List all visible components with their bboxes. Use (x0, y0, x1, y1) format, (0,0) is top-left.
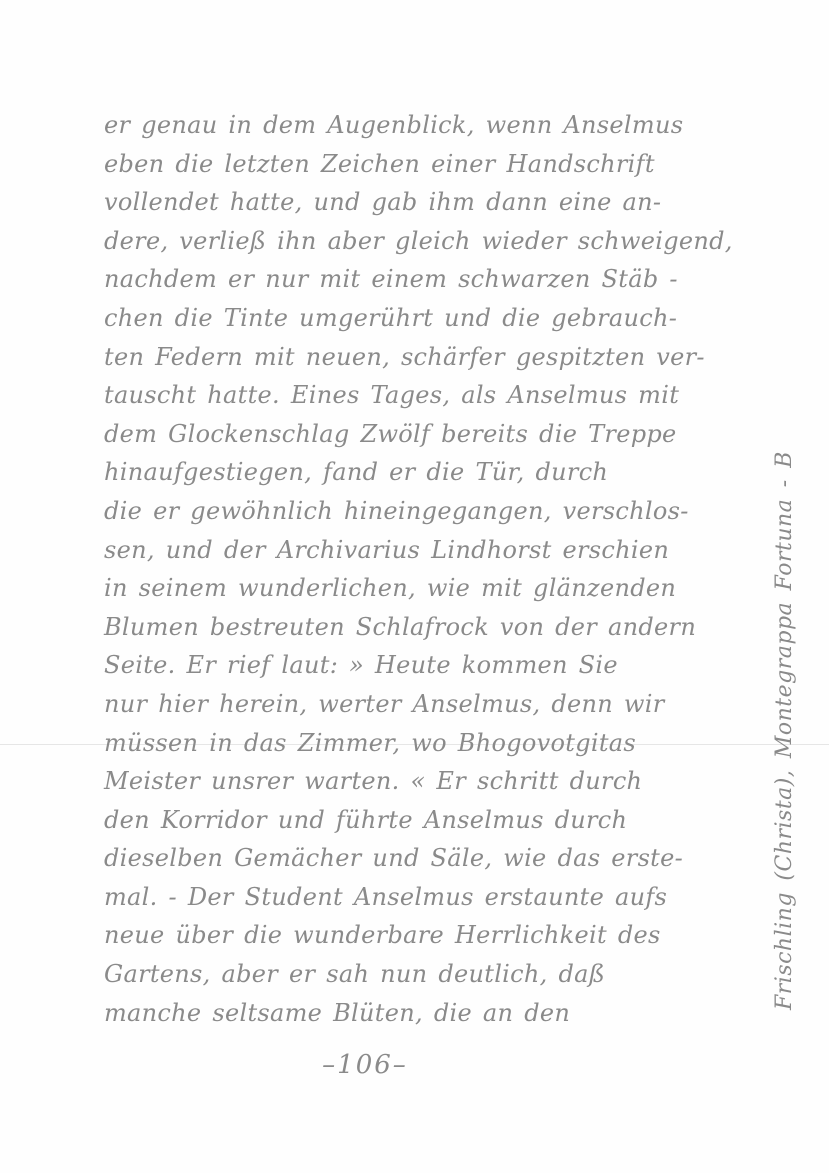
text-line: Blumen bestreuten Schlafrock von der and… (104, 608, 744, 647)
text-line: hinaufgestiegen, fand er die Tür, durch (104, 453, 744, 492)
page-number: –106– (300, 1050, 430, 1080)
text-line: vollendet hatte, und gab ihm dann eine a… (104, 183, 744, 222)
manuscript-page: er genau in dem Augenblick, wenn Anselmu… (0, 0, 829, 1173)
text-line: mal. - Der Student Anselmus erstaunte au… (104, 878, 744, 917)
text-line: er genau in dem Augenblick, wenn Anselmu… (104, 106, 744, 145)
text-line: eben die letzten Zeichen einer Handschri… (104, 145, 744, 184)
text-line: dere, verließ ihn aber gleich wieder sch… (104, 222, 744, 261)
text-line: manche seltsame Blüten, die an den (104, 994, 744, 1033)
text-line: dem Glockenschlag Zwölf bereits die Trep… (104, 415, 744, 454)
text-line: nur hier herein, werter Anselmus, denn w… (104, 685, 744, 724)
text-line: chen die Tinte umgerührt und die gebrauc… (104, 299, 744, 338)
text-line: sen, und der Archivarius Lindhorst ersch… (104, 531, 744, 570)
text-line: neue über die wunderbare Herrlichkeit de… (104, 916, 744, 955)
text-line: tauscht hatte. Eines Tages, als Anselmus… (104, 376, 744, 415)
text-line: Gartens, aber er sah nun deutlich, daß (104, 955, 744, 994)
text-line: die er gewöhnlich hineingegangen, versch… (104, 492, 744, 531)
vertical-margin-note: Frischling (Christa), Montegrappa Fortun… (772, 451, 797, 1010)
text-line: den Korridor und führte Anselmus durch (104, 801, 744, 840)
text-line: dieselben Gemächer und Säle, wie das ers… (104, 839, 744, 878)
text-line: ten Federn mit neuen, schärfer gespitzte… (104, 338, 744, 377)
text-line: in seinem wunderlichen, wie mit glänzend… (104, 569, 744, 608)
text-line: Meister unsrer warten. « Er schritt durc… (104, 762, 744, 801)
handwritten-body-text: er genau in dem Augenblick, wenn Anselmu… (104, 106, 744, 1032)
text-line: nachdem er nur mit einem schwarzen Stäb … (104, 260, 744, 299)
text-line: müssen in das Zimmer, wo Bhogovotgitas (104, 724, 744, 763)
text-line: Seite. Er rief laut: » Heute kommen Sie (104, 646, 744, 685)
